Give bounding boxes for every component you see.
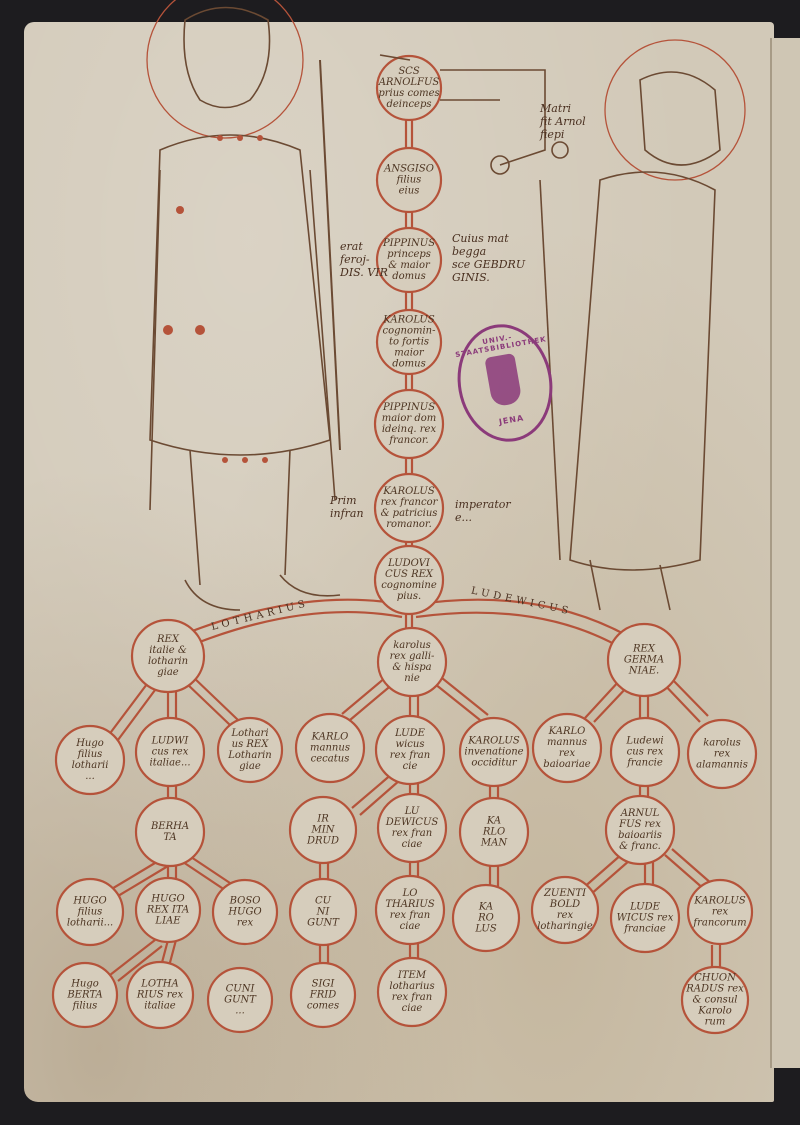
roundel-karl-kahle: karolus rex galli- & hispa nie [390,640,435,684]
roundel-ludwig-deutsche: REX GERMA NIAE. [624,644,664,677]
roundel-ansgisel: ANSGISO filius eius [384,164,434,197]
gloss-top-right: Matri fit Arnol fiepi [540,102,586,141]
roundel-karlmann2: KARLO mannus rex baioariae [543,726,590,770]
roundel-hugo4: Hugo BERTA filius [67,979,102,1012]
roundel-siegfried: SIGI FRID comes [307,979,339,1012]
roundel-karl-grosse: KAROLUS rex francor & patricius romanor. [381,486,438,530]
roundel-karlmann3: KA RLO MAN [481,816,507,849]
roundel-hugo3: HUGO REX ITA LIAE [147,894,189,927]
crest-icon [484,353,522,407]
roundel-pippin1: PIPPINUS princeps & maior domus [383,238,435,282]
roundel-chuonrad: CHUON RADUS rex & consul Karolo rum [686,973,744,1028]
roundel-item-lothar: ITEM lotharius rex fran ciae [389,970,434,1014]
gloss-left-pippin: erat feroj- DIS. VIR [340,240,388,279]
gloss-left-karl: Prim infran [330,494,364,520]
roundel-ludwig-kind: LUDE WICUS rex franciae [617,902,674,935]
roundel-karl-simple: KA RO LUS [475,902,496,935]
roundel-irmintrud: IR MIN DRUD [307,814,339,847]
roundel-ludwig2: LUDWI cus rex italiae... [150,736,191,769]
roundel-karl-dicke: karolus rex alamannis [696,738,748,771]
roundel-ludwig-stammler: LUDE wicus rex fran cie [390,728,430,772]
roundel-bertha: BERHA TA [151,821,189,843]
roundel-kunigunt: CU NI GUNT [307,896,339,929]
roundel-arnulf: SCS ARNOLFUS prius comes deinceps [378,66,439,110]
roundel-pippin2: PIPPINUS maior dom ideinq. rex francor. [382,402,437,446]
roundel-ludwig-jung: Ludewi cus rex francie [626,736,663,769]
roundel-lothar: REX italie & lotharin giae [148,634,188,678]
roundel-arnulf-kaernten: ARNUL FUS rex baioariis & franc. [618,808,662,852]
roundel-hugo: Hugo filius lotharii ... [72,738,109,782]
roundel-lothar3: LO THARIUS rex fran ciae [385,888,434,932]
roundel-hugo2: HUGO filius lotharii... [67,896,113,929]
roundel-karl-martell: KAROLUS cognomin- to fortis maior domus [383,315,436,370]
roundel-ludwig-fromme: LUDOVI CUS REX cognomine pius. [381,558,437,602]
roundel-ludwig3: LU DEWICUS rex fran ciae [386,806,438,850]
roundel-lothar4: LOTHA RIUS rex italiae [137,979,183,1012]
roundel-lothar2: Lothari us REX Lotharin giae [228,728,272,772]
roundel-karl-provence: KAROLUS invenatione occiditur [464,736,523,769]
gloss-right-karl: imperator e... [455,498,511,524]
roundel-boso: BOSO HUGO rex [228,896,261,929]
gloss-right-pippin: Cuius mat begga sce GEBDRU GINIS. [452,232,525,284]
roundel-kunigunt2: CUNI GUNT ... [224,984,256,1017]
roundel-zwentibold: ZUENTI BOLD rex lotharingie [537,888,593,932]
roundel-karl-sim2: KAROLUS rex francorum [693,896,746,929]
roundel-karlmann1: KARLO mannus cecatus [310,732,350,765]
